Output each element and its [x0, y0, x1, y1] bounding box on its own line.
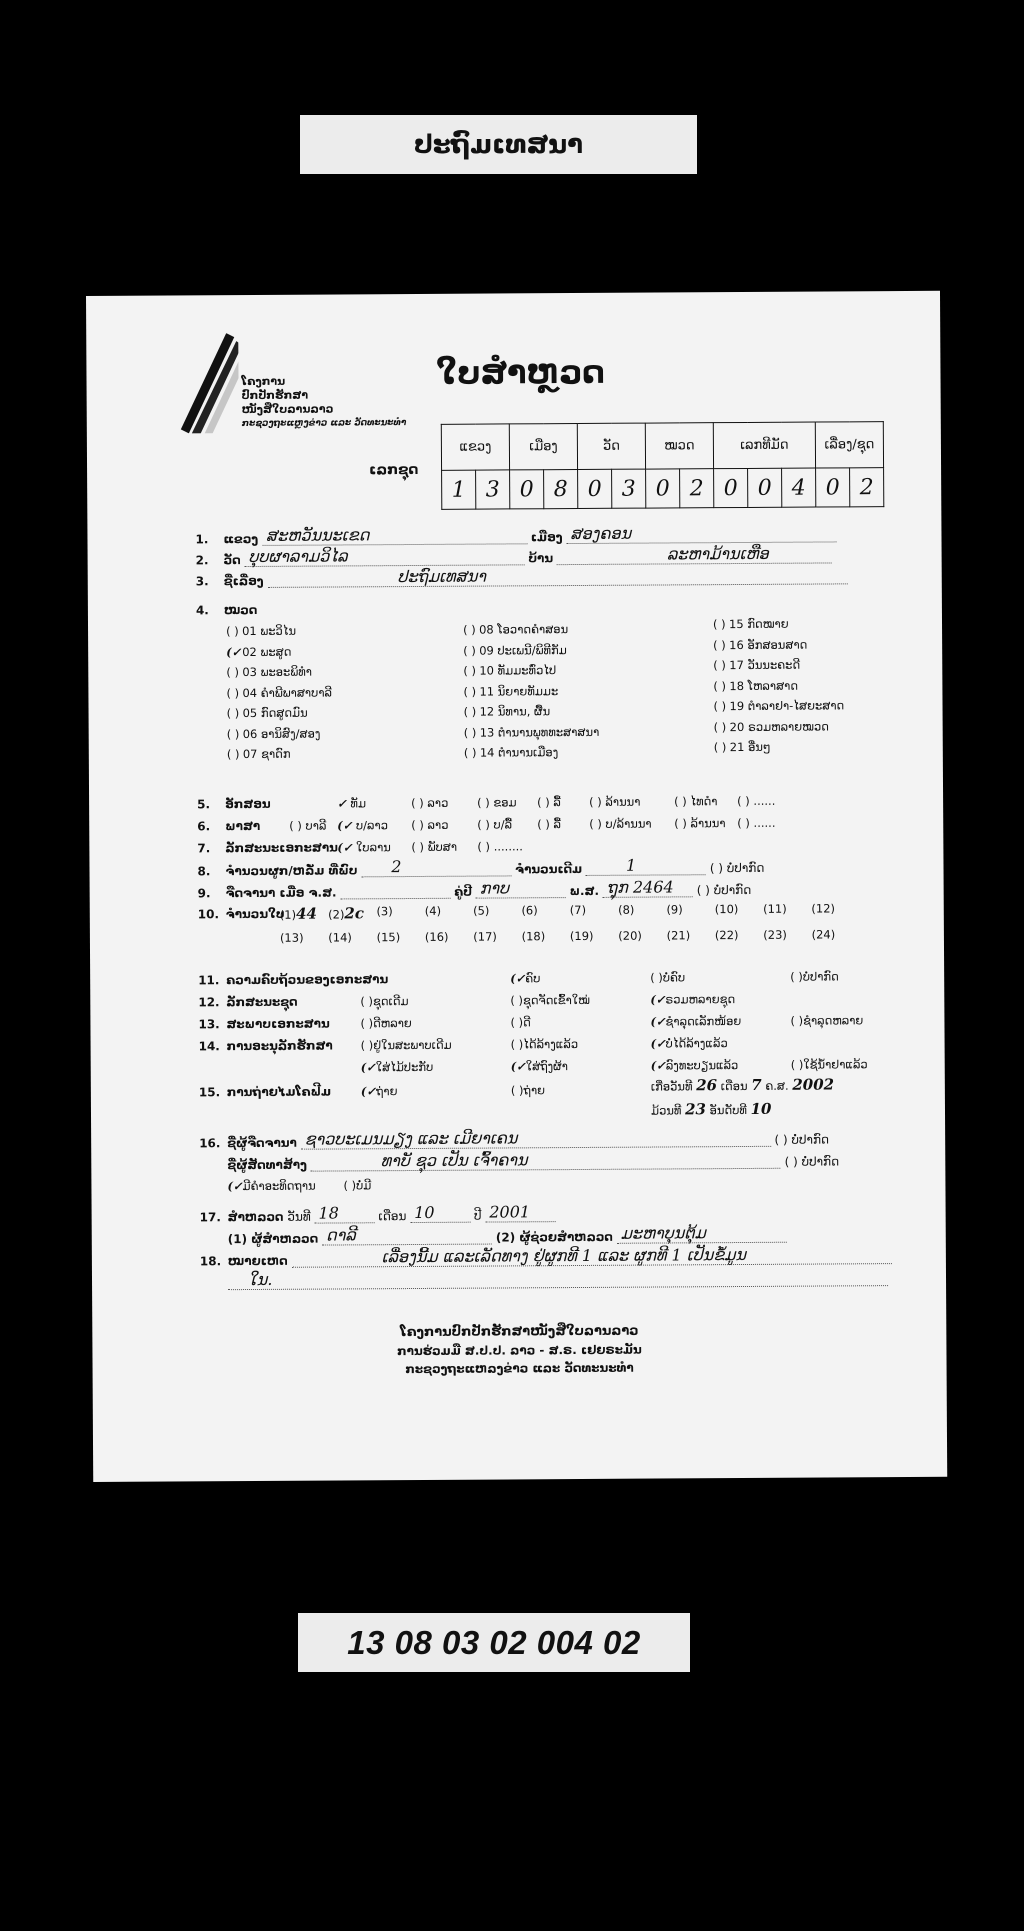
- bottom-code-text: 13 08 03 02 004 02: [347, 1624, 640, 1662]
- language-option[interactable]: ( ) ລາວ: [411, 818, 448, 832]
- leaf-count-item: (14): [328, 930, 376, 944]
- survey-form-paper: ໂຄງການ ປົກປັກຮັກສາ ໜັງສືໃບລານລາວ ກະຊວງຖະ…: [86, 291, 947, 1482]
- top-title-text: ປະຖົມເທສນາ: [414, 130, 583, 160]
- header-title-set: ເລື່ອງ/ຊຸດ: [815, 422, 883, 468]
- category-option[interactable]: ( )01 ພະວິໄນ: [226, 621, 332, 642]
- district-field: ສອງຄອນ: [566, 527, 836, 544]
- language-option[interactable]: ( ) ລື້: [537, 817, 561, 831]
- leaf-count-item: (12): [811, 901, 859, 919]
- script-option[interactable]: ( ) ຂອມ: [477, 795, 517, 809]
- script-option[interactable]: ( ) ໄທດຳ: [674, 794, 717, 808]
- bundles-found-field: 2: [361, 861, 511, 877]
- language-option[interactable]: ( ) ລ້ານນາ: [674, 816, 725, 830]
- language-option[interactable]: ( ) ບ/ລື້: [477, 817, 512, 831]
- language-option[interactable]: (✓ ບ/ລາວ: [337, 818, 388, 832]
- cs-year-field: [340, 884, 450, 900]
- leaf-count-item: (24): [812, 927, 860, 941]
- script-option[interactable]: ( ) ລ້ານນາ: [589, 795, 640, 809]
- set-type-option[interactable]: ( )ຊຸດເດີມ: [360, 994, 408, 1008]
- category-option[interactable]: ( )09 ປະເພນີ/ພິທີກັມ: [463, 639, 599, 660]
- bottom-code-label: 13 08 03 02 004 02: [298, 1613, 690, 1672]
- conservation-option[interactable]: (✓ບໍ່ໄດ້ລ້າງແລ້ວ: [651, 1036, 728, 1050]
- conservation-option[interactable]: ( )ໃຊ້ນ້ຳຢາແລ້ວ: [791, 1057, 868, 1071]
- survey-month-field: 10: [410, 1208, 470, 1223]
- microfilm-date: ເກີ່ອວັນທີ 26 ເດືອນ 7 ຄ.ສ. 2002: [651, 1075, 834, 1094]
- survey-year-field: 2001: [485, 1207, 555, 1222]
- sponsor-row: ຊື່ຜູ້ສັດທາສ້າງ ທາບັ ຊຸວ ເປັນ ເຈົ້າຄານ (…: [227, 1153, 839, 1172]
- category-option[interactable]: ( )07 ຊາດົກ: [227, 744, 333, 765]
- leaf-count-item: (7): [570, 903, 618, 921]
- category-option[interactable]: ( )20 ຣວມຫລາຍໝວດ: [714, 716, 845, 737]
- category-option[interactable]: ( )08 ໂອວາດຄຳສອນ: [463, 619, 599, 640]
- leaf-count-item: (21): [667, 928, 715, 942]
- unknown-checkbox[interactable]: ( ) ບໍ່ປາກົດ: [774, 1132, 829, 1146]
- leaf-count-item: (5): [473, 903, 521, 921]
- code-label: ເລກຊຸດ: [369, 462, 418, 478]
- microfilm-option[interactable]: (✓ຖ່າຍ: [361, 1084, 398, 1098]
- completeness-option[interactable]: ( )ບໍ່ປາກົດ: [790, 969, 839, 983]
- top-title-label: ປະຖົມເທສນາ: [300, 115, 697, 174]
- survey-date-row: 17.ສຳຫລວດ ວັນທີ 18 ເດືອນ 10 ປີ 2001: [200, 1207, 556, 1224]
- leaf-count-heading: 10.ຈຳນວນໃບ: [198, 907, 285, 922]
- category-option[interactable]: ( )16 ອັກສອນສາດ: [713, 634, 844, 655]
- project-logo-text: ໂຄງການ ປົກປັກຮັກສາ ໜັງສືໃບລານລາວ ກະຊວງຖະ…: [241, 374, 406, 431]
- code-digit: 3: [612, 469, 646, 508]
- code-digit: 8: [544, 470, 578, 509]
- leaf-count-item: (11): [763, 902, 811, 920]
- code-digit: 1: [442, 470, 476, 509]
- leaf-count-item: (8): [618, 902, 666, 920]
- language-option[interactable]: ( ) ບາລີ: [289, 819, 326, 833]
- year-pair-field: ກາບ: [476, 883, 566, 899]
- remarks-field-2: ໃນ.: [228, 1271, 888, 1290]
- leaf-count-item: (22): [715, 928, 763, 942]
- leaf-count-item: (13): [280, 931, 328, 945]
- condition-option[interactable]: ( )ດີຫລາຍ: [360, 1016, 411, 1030]
- conservation-option[interactable]: (✓ໃສ່ໄມ້ປະກັບ: [361, 1060, 434, 1074]
- category-option[interactable]: ( )21 ອື່ນໆ: [714, 736, 845, 757]
- set-type-heading: 12.ລັກສະນະຊຸດ: [198, 995, 297, 1010]
- category-option[interactable]: ( )15 ກົດໝາຍ: [713, 613, 844, 634]
- leaf-count-item: (4): [425, 904, 473, 922]
- conservation-option[interactable]: (✓ໃສ່ຖົງຜ້າ: [511, 1059, 568, 1073]
- conservation-option[interactable]: ( )ໄດ້ລ້າງແລ້ວ: [511, 1037, 579, 1051]
- doc-type-option[interactable]: ( ) ........: [477, 839, 523, 853]
- scribe-field: ຊາວບະເມນມຽງ ແລະ ເມີຍາເຄນ: [301, 1132, 771, 1150]
- form-footer: ໂຄງການປົກປັກຮັກສາໜັງສືໃບລານລາວ ການຮ່ວມມື…: [92, 1321, 946, 1380]
- script-option[interactable]: ( ) ......: [737, 794, 775, 808]
- condition-option[interactable]: ( )ດີ: [510, 1015, 530, 1029]
- leaf-count-item: (19): [570, 929, 618, 943]
- code-digit: 3: [476, 470, 510, 509]
- remarks-row-2: ໃນ.: [228, 1271, 888, 1290]
- completeness-heading: 11.ຄວາມຄົບຖ້ວນຂອງເອກະສານ: [198, 972, 388, 987]
- language-heading: 6.ພາສາ: [197, 819, 260, 833]
- category-option[interactable]: ( )06 ອານິສົງ/ສອງ: [227, 723, 333, 744]
- code-digit: 0: [748, 468, 782, 507]
- leaf-count-item: (10): [715, 902, 763, 920]
- code-digit: 2: [850, 468, 884, 507]
- code-digit: 0: [714, 468, 748, 507]
- leaf-count-item: (2)2c: [328, 904, 376, 922]
- code-digit: 0: [816, 468, 850, 507]
- original-count-field: 1: [586, 860, 706, 876]
- category-option[interactable]: ( )14 ຕຳນານເມືອງ: [464, 742, 600, 763]
- category-col-2: ( )08 ໂອວາດຄຳສອນ ( )09 ປະເພນີ/ພິທີກັມ ( …: [463, 619, 599, 763]
- field-title-row: 3.ຊື່ເລື່ອງ ປະຖົມເທສນາ: [196, 569, 848, 588]
- header-category: ໝວດ: [645, 423, 713, 469]
- code-digit: 0: [510, 470, 544, 509]
- doc-type-heading: 7.ລັກສະນະເອກະສານ: [197, 840, 338, 855]
- survey-day-field: 18: [314, 1208, 374, 1223]
- inscription-date-row: 9.ຈືດຈານາ ເມື່ອ ຈ.ສ. ຄູ່ປີ ກາບ ພ.ສ. ຖຸກ …: [198, 882, 752, 900]
- leaf-count-item: (3): [376, 904, 424, 922]
- code-digit: 4: [782, 468, 816, 507]
- surveyor-row: (1) ຜູ້ສຳຫລວດ ດາລີ (2) ຜູ້ຊ່ວຍສຳຫລວດ ມະຫ…: [228, 1228, 787, 1246]
- document-title: ໃບສຳຫຼວດ: [436, 353, 605, 392]
- be-year-field: ຖຸກ 2464: [603, 882, 693, 898]
- leaf-count-item: (6): [521, 903, 569, 921]
- category-col-1: ( )01 ພະວິໄນ (✓02 ພະສູດ ( )03 ພະອະພິທຳ (…: [226, 621, 332, 765]
- village-field: ລະຫາມ້ານເຫືອ: [557, 548, 832, 565]
- unknown-checkbox[interactable]: ( ) ບໍ່ປາກົດ: [697, 883, 752, 897]
- header-district: ເມືອງ: [509, 424, 577, 470]
- header-temple: ວັດ: [577, 423, 645, 469]
- completeness-option[interactable]: ( )ບໍ່ຄົບ: [650, 970, 685, 984]
- category-option[interactable]: (✓02 ພະສູດ: [226, 641, 332, 662]
- title-field: ປະຖົມເທສນາ: [267, 569, 847, 588]
- category-option[interactable]: ( )13 ຕຳນານພຸທທະສາສນາ: [464, 721, 600, 742]
- language-option[interactable]: ( ) ......: [737, 816, 775, 830]
- doc-type-option[interactable]: ( ) ພັບສາ: [411, 840, 457, 854]
- category-option[interactable]: ( )19 ຕຳລາຢາ-ໄສຍະສາດ: [713, 695, 844, 716]
- unknown-checkbox[interactable]: ( ) ບໍ່ປາກົດ: [785, 1154, 840, 1168]
- conservation-option[interactable]: (✓ລົງທະບຽນແລ້ວ: [651, 1058, 739, 1073]
- category-option[interactable]: ( )11 ນິຍາຍທັມມະ: [463, 680, 599, 701]
- leaf-count-item: (16): [425, 930, 473, 944]
- category-option[interactable]: ( )17 ວັນນະຄະດີ: [713, 654, 844, 675]
- category-heading: 4.ໝວດ: [196, 603, 257, 617]
- leaf-count-item: (17): [473, 929, 521, 943]
- script-heading: 5.ອັກສອນ: [197, 797, 271, 811]
- leaf-count-grid: (1)44 (2)2c (3) (4) (5) (6) (7) (8) (9) …: [280, 901, 860, 945]
- remarks-row: 18.ໝາຍເຫດ ເລື່ອງນີ້ມ ແລະເລັດທາງ ຢູ່ຜູກທີ…: [200, 1249, 892, 1268]
- code-digit: 2: [680, 469, 714, 508]
- microfilm-heading: 15.ການຖ່າຍໄມໂຄຟີມ: [199, 1085, 331, 1100]
- condition-heading: 13.ສະພາບເອກະສານ: [198, 1017, 329, 1032]
- surveyor-field: ດາລີ: [322, 1230, 492, 1246]
- script-option[interactable]: ( ) ລື້: [537, 795, 561, 809]
- category-option[interactable]: ( )04 ຄຳພີພາສາບາລີ: [226, 682, 332, 703]
- sponsor-field: ທາບັ ຊຸວ ເປັນ ເຈົ້າຄານ: [311, 1154, 781, 1172]
- script-option[interactable]: ✓ ທັມ: [337, 796, 366, 810]
- leaf-count-item: (23): [763, 928, 811, 942]
- condition-option[interactable]: (✓ຊຳລຸດເລັກໜ້ອຍ: [650, 1014, 741, 1029]
- category-option[interactable]: ( )10 ທັມມະທົ່ວໄປ: [463, 660, 599, 681]
- leaf-count-item: (18): [522, 929, 570, 943]
- code-digit: 0: [578, 469, 612, 508]
- unknown-checkbox[interactable]: ( ) ບໍ່ປາກົດ: [710, 861, 765, 875]
- field-temple-row: 2.ວັດ ບຸບຜາລາມວິໄລ ບ້ານ ລະຫາມ້ານເຫືອ: [196, 548, 832, 567]
- code-digit: 0: [646, 469, 680, 508]
- bundle-count-row: 8.ຈຳນວນຜູກ/ຫລັ່ມ ທີ່ພົບ 2 ຈຳນວນເດີມ 1 ( …: [197, 860, 764, 878]
- header-province: ແຂວງ: [441, 424, 509, 470]
- assistant-field: ມະຫາບຸນຕຸ້ມ: [617, 1228, 787, 1244]
- language-option[interactable]: ( ) ບ/ລ້ານນາ: [589, 817, 651, 831]
- doc-type-option[interactable]: (✓ ໃບລານ: [337, 840, 391, 854]
- logo-stripes-icon: [178, 333, 239, 433]
- category-option[interactable]: ( )05 ກົດສູດມົນ: [226, 703, 332, 724]
- temple-field: ບຸບຜາລາມວິໄລ: [244, 550, 524, 567]
- conservation-option[interactable]: ( )ຢູ່ໃນສະພາບເດີມ: [361, 1038, 452, 1053]
- leaf-count-item: (1)44: [280, 905, 328, 923]
- remarks-field: ເລື່ອງນີ້ມ ແລະເລັດທາງ ຢູ່ຜູກທີ 1 ແລະ ຜູກ…: [292, 1249, 892, 1268]
- code-table: ແຂວງ ເມືອງ ວັດ ໝວດ ເລກທີມັດ ເລື່ອງ/ຊຸດ 1…: [441, 421, 885, 510]
- microfilm-option[interactable]: ( )ຖ່າຍ: [511, 1083, 545, 1097]
- set-type-option[interactable]: ( )ຊຸດຈັດເຂົ້າໃໝ່: [510, 993, 590, 1007]
- header-bundle-no: ເລກທີມັດ: [713, 422, 815, 469]
- province-field: ສະຫວັນນະເຂດ: [262, 529, 527, 546]
- conservation-heading: 14.ການອະນຸລັກຮັກສາ: [199, 1039, 333, 1054]
- set-type-option[interactable]: (✓ຣວມຫລາຍຊຸດ: [650, 992, 735, 1007]
- scribe-row: 16.ຊື່ຜູ້ຈືດຈານາ ຊາວບະເມນມຽງ ແລະ ເມີຍາເຄ…: [199, 1131, 829, 1150]
- colophon-option[interactable]: ( )ບໍ່ມີ: [343, 1178, 371, 1192]
- category-option[interactable]: ( )03 ພະອະພິທຳ: [226, 662, 332, 683]
- colophon-option[interactable]: (✓ມີຄຳອະທິດຖານ: [227, 1179, 315, 1194]
- category-option[interactable]: ( )12 ນິທານ, ຜື້ນ: [463, 701, 599, 722]
- leaf-count-item: (20): [618, 928, 666, 942]
- microfilm-roll: ມ້ວນທີ 23 ອັນດັບທີ 10: [651, 1100, 772, 1119]
- leaf-count-item: (9): [666, 902, 714, 920]
- condition-option[interactable]: ( )ຊຳລຸດຫລາຍ: [790, 1013, 863, 1027]
- completeness-option[interactable]: (✓ຄົບ: [510, 971, 540, 985]
- script-option[interactable]: ( ) ລາວ: [411, 796, 448, 810]
- category-option[interactable]: ( )18 ໂຫລາສາດ: [713, 675, 844, 696]
- category-col-3: ( )15 ກົດໝາຍ ( )16 ອັກສອນສາດ ( )17 ວັນນະ…: [713, 613, 845, 757]
- leaf-count-item: (15): [377, 930, 425, 944]
